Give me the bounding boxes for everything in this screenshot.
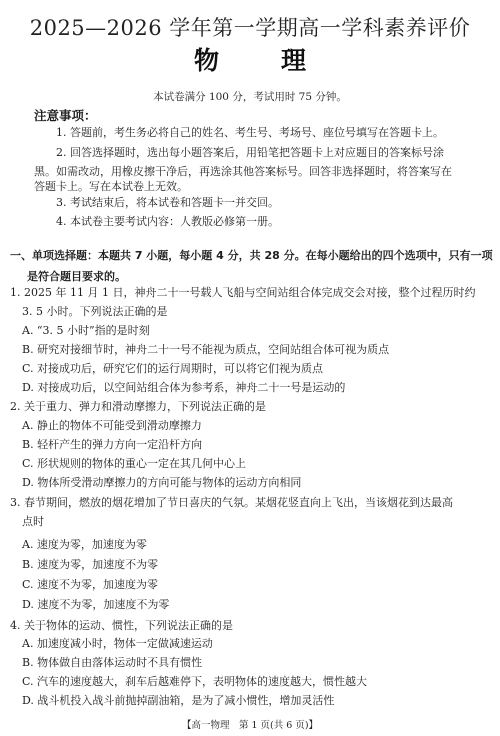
question-stem: 点时 — [22, 514, 44, 530]
option-c: C. 速度不为零，加速度为零 — [22, 577, 158, 593]
section-heading: 是符合题目要求的。 — [27, 269, 126, 285]
option-d: D. 物体所受滑动摩擦力的方向可能与物体的运动方向相同 — [22, 475, 301, 491]
notice-line: 1. 答题前，考生务必将自己的姓名、考生号、考场号、座位号填写在答题卡上。 — [56, 125, 444, 141]
question-stem: 1. 2025 年 11 月 1 日，神舟二十一号载人飞船与空间站组合体完成交会… — [10, 285, 475, 301]
option-d: D. 速度不为零，加速度不为零 — [22, 597, 169, 613]
option-c: C. 汽车的速度越大，刹车后越难停下，表明物体的速度越大，惯性越大 — [22, 674, 367, 690]
option-c: C. 对接成功后，研究它们的运行周期时，可以将它们视为质点 — [22, 361, 323, 377]
option-a: A. 静止的物体不可能受到滑动摩擦力 — [22, 418, 202, 434]
option-c: C. 形状规则的物体的重心一定在其几何中心上 — [22, 456, 246, 472]
subject-char-2: 理 — [281, 41, 306, 77]
option-b: B. 速度为零，加速度不为零 — [22, 557, 158, 573]
notice-heading: 注意事项： — [34, 106, 97, 124]
section-heading: 一、单项选择题：本题共 7 小题，每小题 4 分，共 28 分。在每小题给出的四… — [10, 248, 493, 264]
option-d: D. 战斗机投入战斗前抛掉副油箱，是为了减小惯性，增加灵活性 — [22, 693, 334, 709]
exam-page: 2025—2026 学年第一学期高一学科素养评价 物理 本试卷满分 100 分，… — [0, 0, 500, 736]
notice-line: 黑。如需改动，用橡皮擦干净后，再选涂其他答案标号。回答非选择题时，将答案写在 — [34, 164, 452, 180]
question-stem: 3. 春节期间，燃放的烟花增加了节日喜庆的气氛。某烟花竖直向上飞出，当该烟花到达… — [10, 495, 453, 511]
question-stem: 2. 关于重力、弹力和滑动摩擦力，下列说法正确的是 — [10, 399, 266, 415]
option-b: B. 研究对接细节时，神舟二十一号不能视为质点，空间站组合体可视为质点 — [22, 342, 389, 358]
option-d: D. 对接成功后，以空间站组合体为参考系，神舟二十一号是运动的 — [22, 380, 345, 396]
exam-title: 2025—2026 学年第一学期高一学科素养评价 — [0, 12, 500, 42]
question-stem: 3. 5 小时。下列说法正确的是 — [22, 304, 168, 320]
option-a: A. 速度为零，加速度为零 — [22, 537, 147, 553]
notice-line: 答题卡上。写在本试卷上无效。 — [34, 179, 188, 195]
subject-char-1: 物 — [194, 41, 219, 77]
notice-line: 4. 本试卷主要考试内容：人教版必修第一册。 — [56, 214, 279, 230]
question-stem: 4. 关于物体的运动、惯性，下列说法正确的是 — [10, 618, 233, 634]
page-footer: 【高一物理 第 1 页(共 6 页)】 — [0, 717, 500, 731]
exam-meta: 本试卷满分 100 分，考试用时 75 分钟。 — [0, 89, 500, 104]
option-a: A. “3. 5 小时”指的是时刻 — [22, 323, 150, 339]
option-a: A. 加速度减小时，物体一定做减速运动 — [22, 636, 213, 652]
option-b: B. 轻杆产生的弹力方向一定沿杆方向 — [22, 437, 202, 453]
notice-line: 2. 回答选择题时，选出每小题答案后，用铅笔把答题卡上对应题目的答案标号涂 — [56, 145, 444, 161]
subject-title: 物理 — [0, 41, 500, 77]
notice-line: 3. 考试结束后，将本试卷和答题卡一并交回。 — [56, 195, 279, 211]
option-b: B. 物体做自由落体运动时不具有惯性 — [22, 655, 202, 671]
